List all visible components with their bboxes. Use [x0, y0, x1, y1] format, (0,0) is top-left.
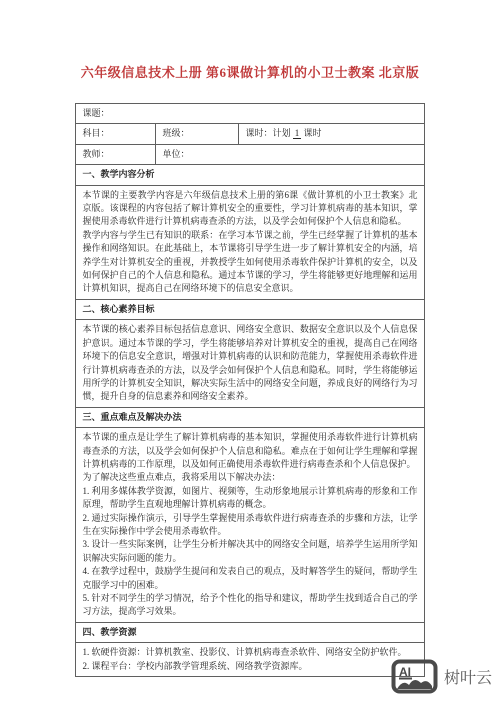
table-row: 本节课的主要教学内容是六年级信息技术上册的第6课《做计算机的小卫士教案》北京版。… — [76, 185, 424, 299]
topic-label: 课题： — [76, 104, 424, 124]
section-1-body: 本节课的主要教学内容是六年级信息技术上册的第6课《做计算机的小卫士教案》北京版。… — [76, 185, 424, 299]
list-item: 1. 软硬件资源：计算机教室、投影仪、计算机病毒查杀软件、网络安全防护软件。 — [82, 646, 417, 659]
mountain-shape — [397, 680, 432, 689]
period-suffix: 课时 — [304, 128, 322, 138]
table-row: 一、教学内容分析 — [76, 165, 424, 185]
period-value: 1 — [293, 128, 302, 139]
class-label: 班级： — [156, 124, 239, 144]
paragraph: 本节课的核心素养目标包括信息意识、网络安全意识、数据安全意识以及个人信息保护意识… — [82, 323, 417, 403]
table-row: 三、重点难点及解决办法 — [76, 407, 424, 427]
section-3-body: 本节课的重点是让学生了解计算机病毒的基本知识，掌握使用杀毒软件进行计算机病毒查杀… — [76, 428, 424, 623]
teacher-label: 教师： — [76, 144, 156, 164]
ai-label: AI — [399, 665, 411, 679]
section-3-heading: 三、重点难点及解决办法 — [76, 407, 424, 427]
paragraph: 为了解决这些重点难点，我将采用以下解决办法： — [82, 471, 417, 484]
watermark-brand: 树叶云 — [444, 665, 492, 688]
table-row: 二、核心素养目标 — [76, 299, 424, 319]
paragraph: 本节课的重点是让学生了解计算机病毒的基本知识，掌握使用杀毒软件进行计算机病毒查杀… — [82, 431, 417, 471]
table-row: 1. 软硬件资源：计算机教室、投影仪、计算机病毒查杀软件、网络安全防护软件。 2… — [76, 643, 424, 677]
table-row: 教师： 单位： — [76, 144, 424, 164]
ai-image-icon: AI — [391, 659, 438, 694]
list-item: 1. 利用多媒体教学资源，如图片、视频等，生动形象地展示计算机病毒的形象和工作原… — [82, 485, 417, 512]
list-item: 3. 设计一些实际案例，让学生分析并解决其中的网络安全问题，培养学生运用所学知识… — [82, 538, 417, 565]
period-cell: 课时：计划 1 课时 — [239, 124, 424, 144]
page-title: 六年级信息技术上册 第6课做计算机的小卫士教案 北京版 — [0, 0, 500, 81]
section-1-heading: 一、教学内容分析 — [76, 165, 424, 185]
list-item: 2. 通过实际操作演示，引导学生掌握使用杀毒软件进行病毒查杀的步骤和方法，让学生… — [82, 512, 417, 539]
period-prefix: 课时：计划 — [245, 128, 290, 138]
section-2-body: 本节课的核心素养目标包括信息意识、网络安全意识、数据安全意识以及个人信息保护意识… — [76, 320, 424, 407]
lesson-plan-table: 课题： 科目： 班级： 课时：计划 1 课时 教师： 单位： 一、教学内容分析 … — [75, 103, 424, 677]
watermark: AI 树叶云 — [391, 659, 492, 694]
table-row: 四、教学资源 — [76, 622, 424, 642]
table-row: 本节课的核心素养目标包括信息意识、网络安全意识、数据安全意识以及个人信息保护意识… — [76, 320, 424, 407]
table-row: 课题： — [76, 104, 424, 124]
list-item: 2. 课程平台：学校内部教学管理系统、网络教学资源库。 — [82, 660, 417, 673]
list-item: 4. 在教学过程中，鼓励学生提问和发表自己的观点，及时解答学生的疑问，帮助学生克… — [82, 565, 417, 592]
table-row: 科目： 班级： 课时：计划 1 课时 — [76, 124, 424, 144]
section-4-body: 1. 软硬件资源：计算机教室、投影仪、计算机病毒查杀软件、网络安全防护软件。 2… — [76, 643, 424, 677]
section-2-heading: 二、核心素养目标 — [76, 299, 424, 319]
table-row: 本节课的重点是让学生了解计算机病毒的基本知识，掌握使用杀毒软件进行计算机病毒查杀… — [76, 428, 424, 623]
subject-label: 科目： — [76, 124, 156, 144]
section-4-heading: 四、教学资源 — [76, 622, 424, 642]
paragraph: 本节课的主要教学内容是六年级信息技术上册的第6课《做计算机的小卫士教案》北京版。… — [82, 189, 417, 229]
list-item: 5. 针对不同学生的学习情况，给予个性化的指导和建议，帮助学生找到适合自己的学习… — [82, 592, 417, 619]
unit-label: 单位： — [156, 144, 424, 164]
paragraph: 教学内容与学生已有知识的联系：在学习本节课之前，学生已经掌握了计算机的基本操作和… — [82, 229, 417, 296]
ai-underline — [399, 678, 412, 680]
